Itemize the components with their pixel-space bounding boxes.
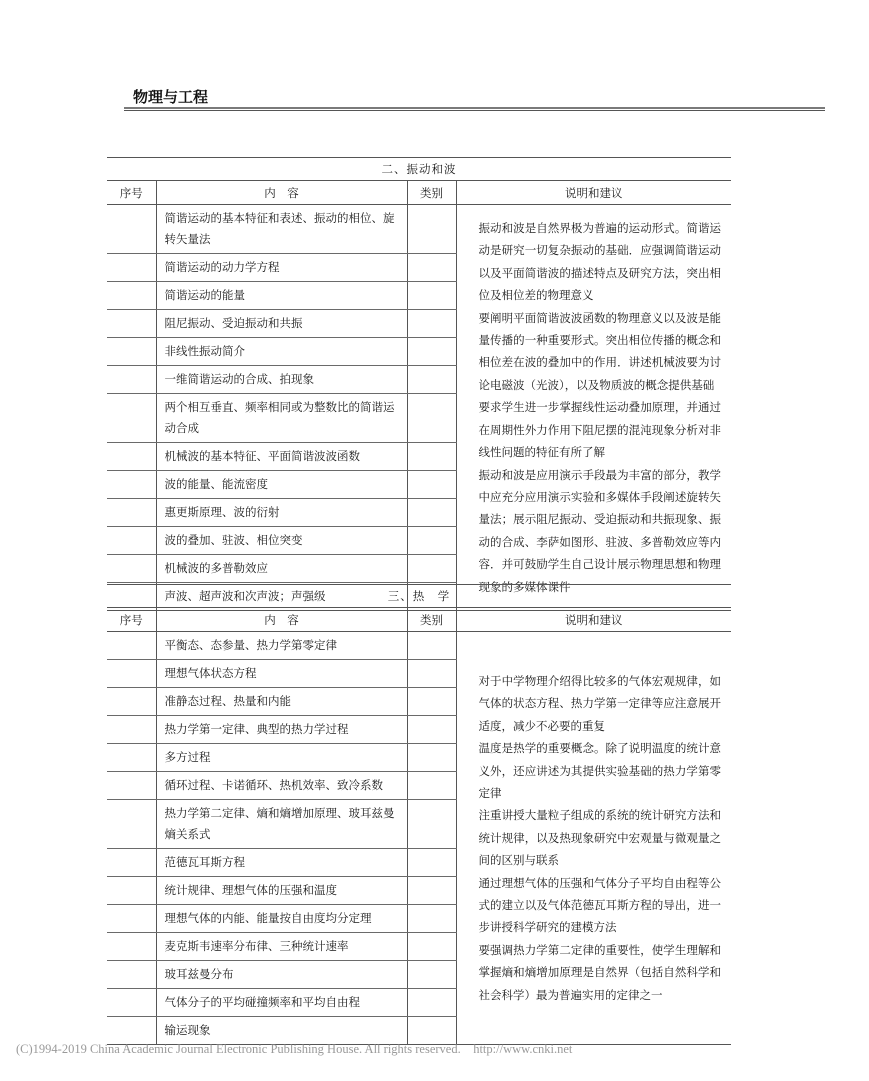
col-header-notes: 说明和建议 xyxy=(456,608,731,632)
row-content: 玻耳兹曼分布 xyxy=(156,961,407,989)
row-category xyxy=(407,961,456,989)
row-category xyxy=(407,905,456,933)
row-content: 波的叠加、驻波、相位突变 xyxy=(156,527,407,555)
running-head: 物理与工程 xyxy=(133,86,208,107)
row-category xyxy=(407,338,456,366)
col-header-category: 类别 xyxy=(407,181,456,205)
row-no xyxy=(107,716,156,744)
table-row: 简谐运动的基本特征和表述、振动的相位、旋转矢量法 振动和波是自然界极为普遍的运动… xyxy=(107,205,731,254)
row-category xyxy=(407,989,456,1017)
note-paragraph: 对于中学物理介绍得比较多的气体宏观规律，如气体的状态方程、热力学第一定律等应注意… xyxy=(479,670,722,737)
row-content: 两个相互垂直、频率相同或为整数比的简谐运动合成 xyxy=(156,394,407,443)
row-no xyxy=(107,849,156,877)
row-content: 输运现象 xyxy=(156,1017,407,1045)
row-no xyxy=(107,1017,156,1045)
row-category xyxy=(407,366,456,394)
row-category xyxy=(407,877,456,905)
row-content: 简谐运动的基本特征和表述、振动的相位、旋转矢量法 xyxy=(156,205,407,254)
row-content: 机械波的基本特征、平面简谐波波函数 xyxy=(156,443,407,471)
row-category xyxy=(407,310,456,338)
row-no xyxy=(107,527,156,555)
row-category xyxy=(407,744,456,772)
row-content: 热力学第一定律、典型的热力学过程 xyxy=(156,716,407,744)
row-no xyxy=(107,310,156,338)
row-category xyxy=(407,772,456,800)
note-paragraph: 要求学生进一步掌握线性运动叠加原理，并通过在周期性外力作用下阻尼摆的混沌现象分析… xyxy=(479,396,722,463)
row-content: 机械波的多普勒效应 xyxy=(156,555,407,583)
header-rule-thin xyxy=(124,110,825,111)
row-no xyxy=(107,394,156,443)
col-header-content: 内 容 xyxy=(156,608,407,632)
row-content: 一维简谐运动的合成、拍现象 xyxy=(156,366,407,394)
row-no xyxy=(107,443,156,471)
note-paragraph: 振动和波是自然界极为普遍的运动形式。简谐运动是研究一切复杂振动的基础．应强调简谐… xyxy=(479,217,722,307)
header-rule xyxy=(124,107,825,109)
row-content: 统计规律、理想气体的压强和温度 xyxy=(156,877,407,905)
row-content: 准静态过程、热量和内能 xyxy=(156,688,407,716)
row-content: 气体分子的平均碰撞频率和平均自由程 xyxy=(156,989,407,1017)
col-header-notes: 说明和建议 xyxy=(456,181,731,205)
row-no xyxy=(107,555,156,583)
row-content: 麦克斯韦速率分布律、三种统计速率 xyxy=(156,933,407,961)
row-no xyxy=(107,744,156,772)
section-title: 三、热 学 xyxy=(107,585,731,608)
note-paragraph: 要阐明平面简谐波波函数的物理意义以及波是能量传播的一种重要形式。突出相位传播的概… xyxy=(479,307,722,397)
col-header-no: 序号 xyxy=(107,608,156,632)
row-category xyxy=(407,443,456,471)
row-no xyxy=(107,471,156,499)
row-content: 阻尼振动、受迫振动和共振 xyxy=(156,310,407,338)
row-content: 多方过程 xyxy=(156,744,407,772)
row-no xyxy=(107,688,156,716)
row-no xyxy=(107,989,156,1017)
copyright-footer: (C)1994-2019 China Academic Journal Elec… xyxy=(16,1042,572,1057)
row-category xyxy=(407,527,456,555)
col-header-content: 内 容 xyxy=(156,181,407,205)
row-no xyxy=(107,905,156,933)
row-no xyxy=(107,366,156,394)
row-content: 波的能量、能流密度 xyxy=(156,471,407,499)
row-content: 热力学第二定律、熵和熵增加原理、玻耳兹曼熵关系式 xyxy=(156,800,407,849)
row-category xyxy=(407,660,456,688)
row-content: 非线性振动简介 xyxy=(156,338,407,366)
row-no xyxy=(107,205,156,254)
row-content: 循环过程、卡诺循环、热机效率、致冷系数 xyxy=(156,772,407,800)
row-category xyxy=(407,471,456,499)
row-category xyxy=(407,716,456,744)
row-category xyxy=(407,849,456,877)
row-category xyxy=(407,205,456,254)
row-content: 平衡态、态参量、热力学第零定律 xyxy=(156,632,407,660)
col-header-category: 类别 xyxy=(407,608,456,632)
row-no xyxy=(107,961,156,989)
table-vibration-waves: 二、振动和波 序号 内 容 类别 说明和建议 简谐运动的基本特征和表述、振动的相… xyxy=(107,157,731,611)
note-paragraph: 温度是热学的重要概念。除了说明温度的统计意义外，还应讲述为其提供实验基础的热力学… xyxy=(479,737,722,804)
row-category xyxy=(407,1017,456,1045)
row-no xyxy=(107,338,156,366)
row-category xyxy=(407,499,456,527)
row-no xyxy=(107,933,156,961)
row-no xyxy=(107,282,156,310)
table-thermodynamics: 三、热 学 序号 内 容 类别 说明和建议 平衡态、态参量、热力学第零定律 对于… xyxy=(107,584,731,1045)
section-notes: 振动和波是自然界极为普遍的运动形式。简谐运动是研究一切复杂振动的基础．应强调简谐… xyxy=(456,205,731,611)
row-no xyxy=(107,632,156,660)
row-content: 理想气体状态方程 xyxy=(156,660,407,688)
row-no xyxy=(107,660,156,688)
row-content: 惠更斯原理、波的衍射 xyxy=(156,499,407,527)
col-header-no: 序号 xyxy=(107,181,156,205)
row-no xyxy=(107,499,156,527)
row-category xyxy=(407,688,456,716)
note-paragraph: 振动和波是应用演示手段最为丰富的部分，教学中应充分应用演示实验和多媒体手段阐述旋… xyxy=(479,464,722,598)
row-category xyxy=(407,394,456,443)
note-paragraph: 要强调热力学第二定律的重要性，使学生理解和掌握熵和熵增加原理是自然界（包括自然科… xyxy=(479,939,722,1006)
row-content: 理想气体的内能、能量按自由度均分定理 xyxy=(156,905,407,933)
row-category xyxy=(407,632,456,660)
note-paragraph: 注重讲授大量粒子组成的系统的统计研究方法和统计规律，以及热现象研究中宏观量与微观… xyxy=(479,804,722,871)
note-paragraph: 通过理想气体的压强和气体分子平均自由程等公式的建立以及气体范德瓦耳斯方程的导出，… xyxy=(479,872,722,939)
row-category xyxy=(407,933,456,961)
row-no xyxy=(107,877,156,905)
row-category xyxy=(407,800,456,849)
table-row: 平衡态、态参量、热力学第零定律 对于中学物理介绍得比较多的气体宏观规律，如气体的… xyxy=(107,632,731,660)
section-title: 二、振动和波 xyxy=(107,158,731,181)
row-no xyxy=(107,800,156,849)
row-content: 范德瓦耳斯方程 xyxy=(156,849,407,877)
row-category xyxy=(407,282,456,310)
row-content: 简谐运动的能量 xyxy=(156,282,407,310)
row-category xyxy=(407,555,456,583)
section-notes: 对于中学物理介绍得比较多的气体宏观规律，如气体的状态方程、热力学第一定律等应注意… xyxy=(456,632,731,1045)
row-no xyxy=(107,772,156,800)
row-no xyxy=(107,254,156,282)
row-content: 简谐运动的动力学方程 xyxy=(156,254,407,282)
row-category xyxy=(407,254,456,282)
